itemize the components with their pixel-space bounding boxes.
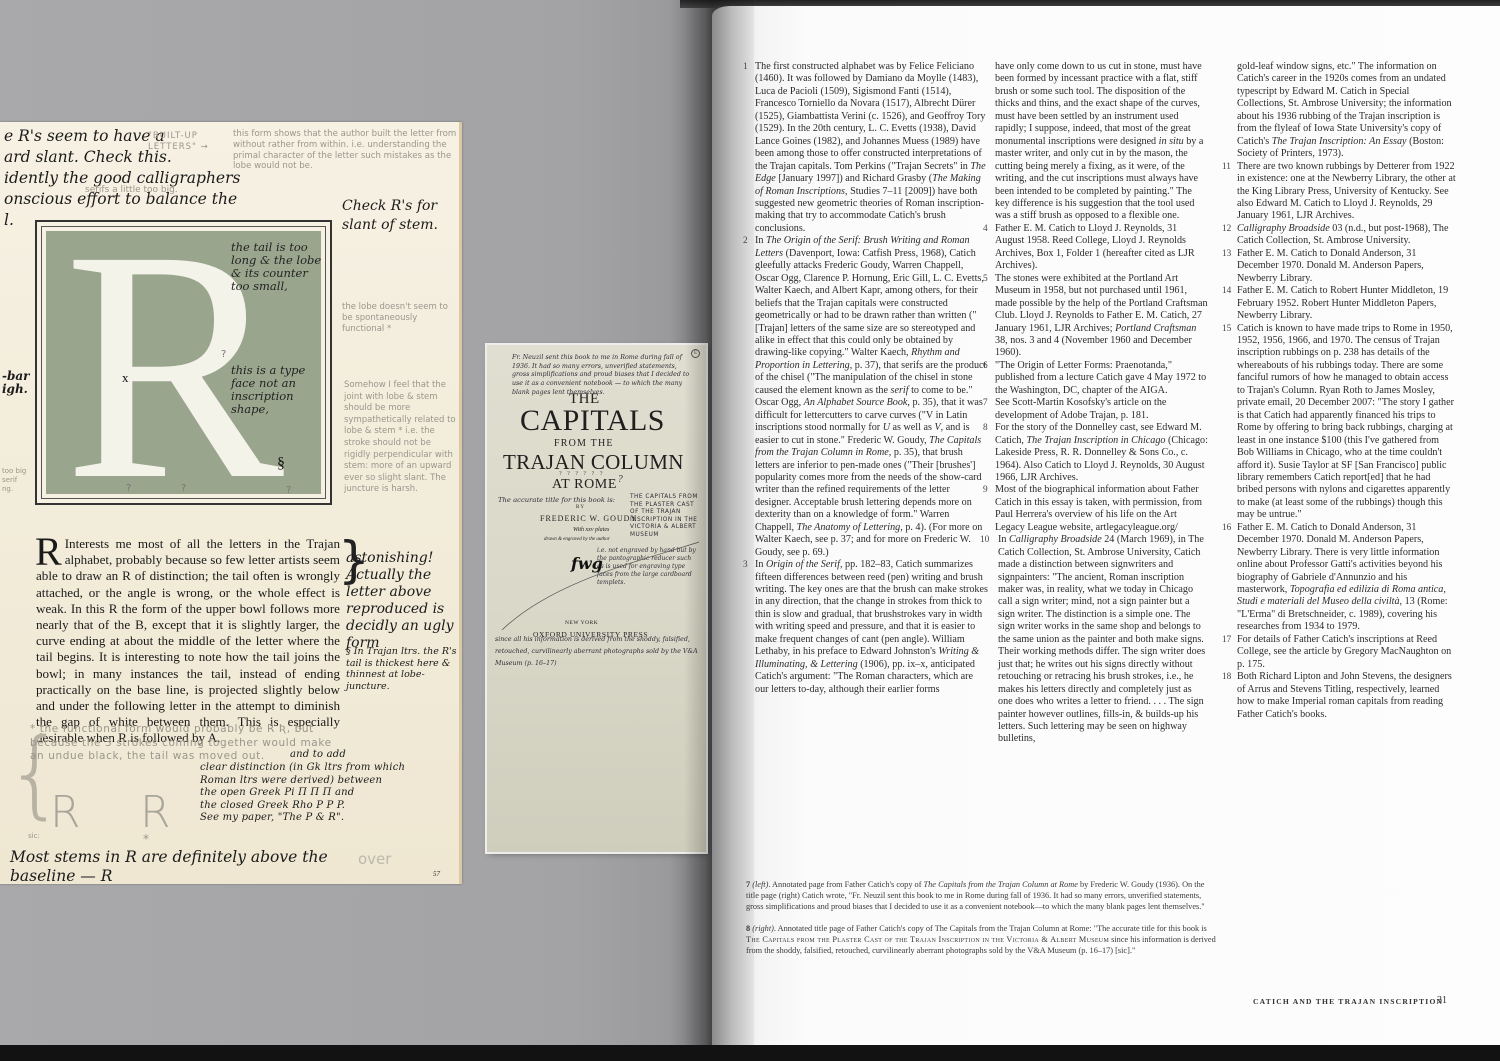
handwritten-note-astonishing: astonishing! Actually the letter above r…	[346, 550, 458, 652]
handwritten-side-note: -bar igh.	[2, 370, 30, 396]
title-new-york: NEW YORK	[565, 620, 598, 626]
footnote-continuation: gold-leaf window signs, etc." The inform…	[1222, 61, 1457, 161]
footnote: 13Father E. M. Catich to Donald Anderson…	[1222, 248, 1457, 285]
footnote: 7See Scott-Martin Kosofsky's article on …	[983, 397, 1208, 422]
pencil-note-author-built: this form shows that the author built th…	[233, 129, 458, 172]
title-capitals: CAPITALS	[520, 404, 665, 438]
footnote: 17For details of Father Catich's inscrip…	[1222, 634, 1457, 671]
question-mark: ?	[221, 349, 226, 360]
figure-7-annotated-r-page: e R's seem to have a ard slant. Check th…	[0, 122, 462, 884]
footnote: 14Father E. M. Catich to Robert Hunter M…	[1222, 285, 1457, 322]
handwritten-note-vam-title: THE CAPITALS FROM THE PLASTER CAST OF TH…	[630, 494, 700, 539]
handwritten-note-accurate-title: The accurate title for this book is:	[498, 496, 615, 504]
footnote: 9Most of the biographical information ab…	[983, 484, 1208, 534]
printed-paragraph: RInterests me most of all the letters in…	[36, 536, 340, 747]
pencil-note-over: over	[358, 850, 391, 868]
r-plate: R the tail is too long & the lobe & its …	[46, 231, 321, 494]
footnote-continuation: have only come down to us cut in stone, …	[983, 61, 1208, 223]
drop-cap: R	[35, 536, 62, 568]
pencil-note-joint: Somehow I feel that the joint with lobe …	[344, 380, 456, 496]
pencil-r-sketch: R	[140, 787, 171, 838]
pencil-star: *	[143, 832, 149, 846]
footnote: 4Father E. M. Catich to Lloyd J. Reynold…	[983, 223, 1208, 273]
pencil-side-note: too big serif ng.	[2, 467, 30, 494]
caption-figure-7: 7 (left). Annotated page from Father Cat…	[746, 879, 1216, 912]
pencil-note-functional-form: * the functional form would probably be …	[30, 723, 332, 764]
footnote: 5The stones were exhibited at the Portla…	[983, 273, 1208, 360]
r-plate-frame: R the tail is too long & the lobe & its …	[35, 220, 332, 505]
handwritten-note-stems: Most stems in R are definitely above the…	[10, 848, 328, 884]
plate-note-tail: the tail is too long & the lobe & its co…	[231, 241, 326, 293]
x-mark: x	[122, 370, 129, 386]
pencil-note-lobe: the lobe doesn't seem to be spontaneousl…	[342, 302, 452, 335]
handwritten-note-since: since all his information is derived fro…	[495, 634, 700, 670]
handwritten-note-greek: and to add clear distinction (in Gk ltrs…	[250, 762, 405, 825]
footnote: 16Father E. M. Catich to Donald Anderson…	[1222, 522, 1457, 634]
footnote: 10In Calligraphy Broadside 24 (March 196…	[983, 534, 1208, 746]
footnote: 3In Origin of the Serif, pp. 182–83, Cat…	[743, 559, 988, 696]
notes-column-2: have only come down to us cut in stone, …	[983, 61, 1208, 746]
figure-captions: 7 (left). Annotated page from Father Cat…	[746, 879, 1216, 967]
pencil-note-built-up: "BUILT-UP LETTERS" →	[148, 131, 228, 153]
pencil-sic: sic:	[28, 832, 40, 840]
title-from-the: FROM THE	[554, 438, 614, 449]
handwritten-note-neuzil: Fr. Neuzil sent this book to me in Rome …	[512, 354, 692, 398]
handwritten-note-check-slant: Check R's for slant of stem.	[342, 197, 452, 235]
page-number-57: 57	[433, 870, 440, 878]
title-at-rome: AT ROME	[552, 477, 617, 493]
title-author: FREDERIC W. GOUDY	[540, 514, 637, 523]
pencil-r-sketch: R	[50, 787, 81, 838]
question-mark: ?	[618, 475, 623, 485]
question-mark: ?	[286, 485, 291, 496]
notes-column-3: gold-leaf window signs, etc." The inform…	[1222, 61, 1457, 721]
question-mark: ?	[126, 483, 131, 494]
notes-column-1: 1The first constructed alphabet was by F…	[743, 61, 988, 696]
footnote: 2In The Origin of the Serif: Brush Writi…	[743, 235, 988, 559]
page-number: 31	[1437, 995, 1447, 1006]
handwritten-note-tail-thickest: § In Trajan ltrs. the R's tail is thicke…	[346, 646, 458, 692]
section-mark: §	[277, 455, 285, 473]
caption-figure-8: 8 (right). Annotated title page of Fathe…	[746, 923, 1216, 956]
bottom-edge	[0, 1045, 1500, 1061]
title-by: BY	[576, 505, 585, 510]
title-page-upper: Fr. Neuzil sent this book to me in Rome …	[487, 347, 703, 507]
running-head: CATICH AND THE TRAJAN INSCRIPTION	[1253, 997, 1443, 1006]
footnote: 6"The Origin of Letter Forms: Praenotand…	[983, 360, 1208, 397]
footnote: 12Calligraphy Broadside 03 (n.d., but po…	[1222, 223, 1457, 248]
handwritten-arrow-line	[494, 540, 704, 630]
plate-note-typeface: this is a type face not an inscription s…	[231, 364, 326, 416]
footnote: 8For the story of the Donnelley cast, se…	[983, 422, 1208, 484]
title-plates: With xxv plates	[573, 527, 609, 533]
question-mark: ?	[181, 483, 186, 494]
footnote: 18Both Richard Lipton and John Stevens, …	[1222, 671, 1457, 721]
footnote: 11There are two known rubbings by Detter…	[1222, 161, 1457, 223]
footnote: 15Catich is known to have made trips to …	[1222, 323, 1457, 522]
book-spread: e R's seem to have a ard slant. Check th…	[0, 0, 1500, 1045]
footnote: 1The first constructed alphabet was by F…	[743, 61, 988, 235]
